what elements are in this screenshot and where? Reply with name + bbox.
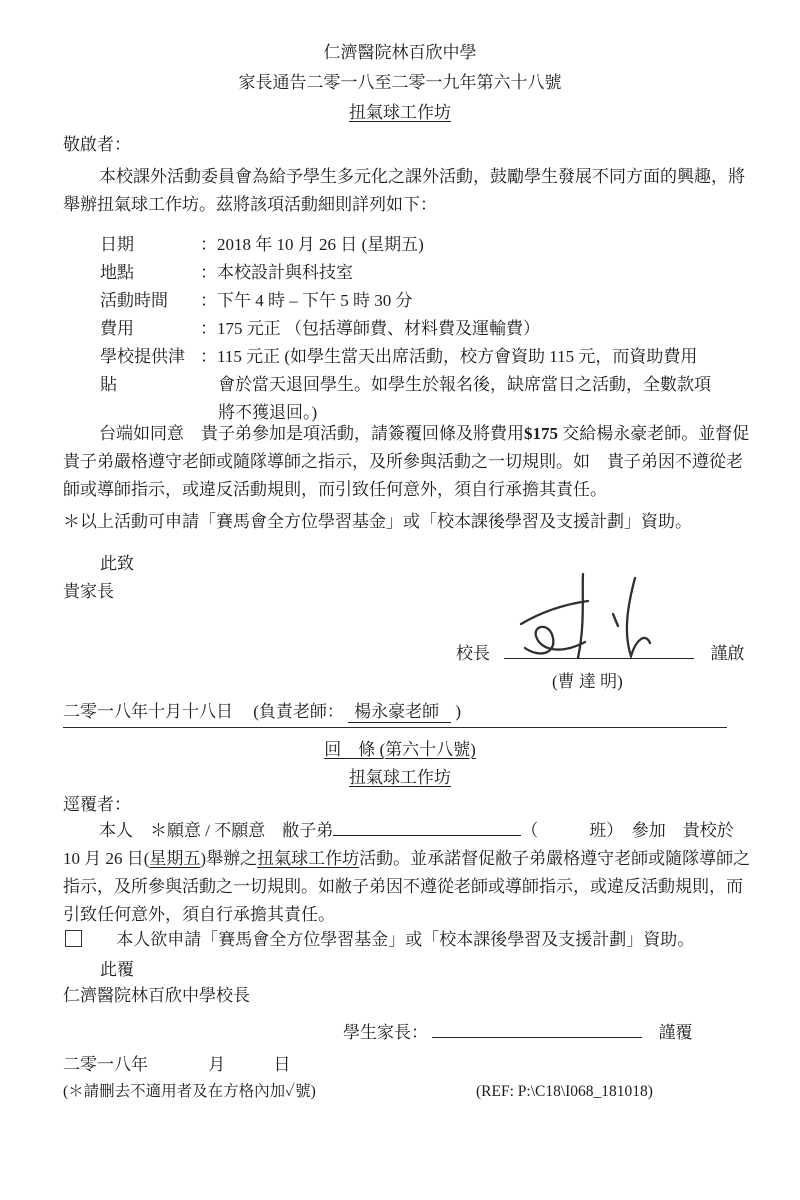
subsidy-line: ：115 元正 (如學生當天出席活動，校方會資助 115 元，而資助費用 [200,343,711,371]
detail-row-subsidy: 學校提供津貼 ：115 元正 (如學生當天出席活動，校方會資助 115 元，而資… [100,343,711,427]
reply-text: 活動。並承諾督促敝子弟嚴格遵守老師或隨隊導師之 [359,849,750,868]
teacher-in-charge-label: (負責老師： [253,702,344,721]
detail-value: ：115 元正 (如學生當天出席活動，校方會資助 115 元，而資助費用 會於當… [200,343,711,427]
detail-value: ：下午 4 時 – 下午 5 時 30 分 [200,287,413,315]
detail-value: ：2018 年 10 月 26 日 (星期五) [200,231,424,259]
agreement-line: 台端如同意 貴子弟參加是項活動，請簽覆回條及將費用$175 交給楊永豪老師。並督… [63,420,749,448]
intro-line: 舉辦扭氣球工作坊。茲將該項活動細則詳列如下： [63,191,745,219]
reply-class-text: （ 班） 參加 貴校於 [521,821,734,840]
parent-sign-label: 學生家長： [343,1023,428,1042]
notice-number: 家長通告二零一八至二零一九年第六十八號 [0,68,800,98]
reply-weekday: 星期五 [149,849,200,868]
principal-sign-row: 校長 謹啟 [456,640,745,668]
principal-label: 校長 [456,644,490,663]
reply-date-text: 10 月 26 日( [63,849,149,868]
reply-line1: 本人 ＊願意 / 不願意 敝子弟（ 班） 參加 貴校於 [63,817,750,845]
reply-date-month: 月 [208,1055,225,1074]
parent-sign-row: 學生家長： 謹覆 [343,1019,693,1047]
parent-signature-line [432,1020,642,1038]
child-name-blank [333,818,521,836]
detail-label: 費用 [100,315,200,343]
funding-checkbox-text: 本人欲申請「賽馬會全方位學習基金」或「校本課後學習及支援計劃」資助。 [116,930,694,949]
ref-code: (REF: P:\C18\I068_181018) [476,1078,653,1106]
footnote: (＊請刪去不適用者及在方格內加✓號) [63,1078,316,1106]
detail-value: ：175 元正 （包括導師費、材料費及運輸費） [200,315,540,343]
detail-label: 地點 [100,259,200,287]
reply-salutation: 逕覆者： [63,791,131,819]
intro-paragraph: 本校課外活動委員會為給予學生多元化之課外活動，鼓勵學生發展不同方面的興趣，將 舉… [63,163,745,219]
checkbox-unchecked-icon [65,930,82,947]
reply-activity-name: 扭氣球工作坊 [257,849,359,868]
detail-row-date: 日期 ：2018 年 10 月 26 日 (星期五) [100,231,711,259]
principal-name: (曹 達 明) [552,668,623,696]
funding-note: ＊以上活動可申請「賽馬會全方位學習基金」或「校本課後學習及支援計劃」資助。 [63,508,692,536]
subsidy-line: 會於當天退回學生。如學生於報名後，缺席當日之活動，全數款項 [200,371,711,399]
intro-line: 本校課外活動委員會為給予學生多元化之課外活動，鼓勵學生發展不同方面的興趣，將 [63,163,745,191]
agreement-text: 交給楊永豪老師。並督促 [558,424,749,443]
fee-amount: $175 [524,424,558,443]
funding-checkbox-row: 本人欲申請「賽馬會全方位學習基金」或「校本課後學習及支援計劃」資助。 [65,926,694,954]
recipient: 貴家長 [63,578,114,606]
salutation: 敬啟者： [63,131,131,159]
detail-row-time: 活動時間 ：下午 4 時 – 下午 5 時 30 分 [100,287,711,315]
principal-honorific: 謹啟 [711,644,745,663]
detail-value: ：本校設計與科技室 [200,259,353,287]
reply-divider [63,727,727,728]
reply-close: 此覆 [100,956,134,984]
agreement-line: 師或導師指示，或違反活動規則，而引致任何意外，須自行承擔其責任。 [63,476,749,504]
reply-body: 本人 ＊願意 / 不願意 敝子弟（ 班） 參加 貴校於 10 月 26 日(星期… [63,817,750,929]
reply-addressee: 仁濟醫院林百欣中學校長 [63,982,250,1010]
detail-label: 活動時間 [100,287,200,315]
issue-date: 二零一八年十月十八日 [63,702,233,721]
parent-honorific: 謹覆 [659,1023,693,1042]
agreement-text: 台端如同意 貴子弟參加是項活動，請簽覆回條及將費用 [99,424,524,443]
detail-row-venue: 地點 ：本校設計與科技室 [100,259,711,287]
activity-details: 日期 ：2018 年 10 月 26 日 (星期五) 地點 ：本校設計與科技室 … [100,231,711,427]
reply-title: 回 條 (第六十八號) [0,736,800,764]
activity-title: 扭氣球工作坊 [0,98,800,128]
reply-date-row: 二零一八年 月 日 [63,1051,291,1079]
reply-line2: 10 月 26 日(星期五)舉辦之扭氣球工作坊活動。並承諾督促敝子弟嚴格遵守老師… [63,845,750,873]
detail-label: 日期 [100,231,200,259]
reply-line3: 指示，及所參與活動之一切規則。如敝子弟因不遵從老師或導師指示，或違反活動規則，而 [63,873,750,901]
page-header: 仁濟醫院林百欣中學 家長通告二零一八至二零一九年第六十八號 扭氣球工作坊 [0,38,800,128]
reply-line4: 引致任何意外，須自行承擔其責任。 [63,901,750,929]
reply-date-day: 日 [274,1055,291,1074]
school-name: 仁濟醫院林百欣中學 [0,38,800,68]
reply-date-year: 二零一八年 [63,1055,148,1074]
issue-row: 二零一八年十月十八日 (負責老師： 楊永豪老師 ) [63,698,461,726]
agreement-line: 貴子弟嚴格遵守老師或隨隊導師之指示，及所參與活動之一切規則。如 貴子弟因不遵從老 [63,448,749,476]
reply-text: )舉辦之 [200,849,257,868]
reply-willing-text: 本人 ＊願意 / 不願意 敝子弟 [99,821,333,840]
notice-page: 仁濟醫院林百欣中學 家長通告二零一八至二零一九年第六十八號 扭氣球工作坊 敬啟者… [0,0,800,1200]
detail-row-fee: 費用 ：175 元正 （包括導師費、材料費及運輸費） [100,315,711,343]
detail-label: 學校提供津貼 [100,343,200,427]
reply-subtitle: 扭氣球工作坊 [0,764,800,792]
agreement-paragraph: 台端如同意 貴子弟參加是項活動，請簽覆回條及將費用$175 交給楊永豪老師。並督… [63,420,749,504]
principal-signature-line [504,641,694,659]
letter-close: 此致 [100,550,134,578]
teacher-paren-close: ) [455,702,461,721]
teacher-name: 楊永豪老師 [348,702,451,723]
